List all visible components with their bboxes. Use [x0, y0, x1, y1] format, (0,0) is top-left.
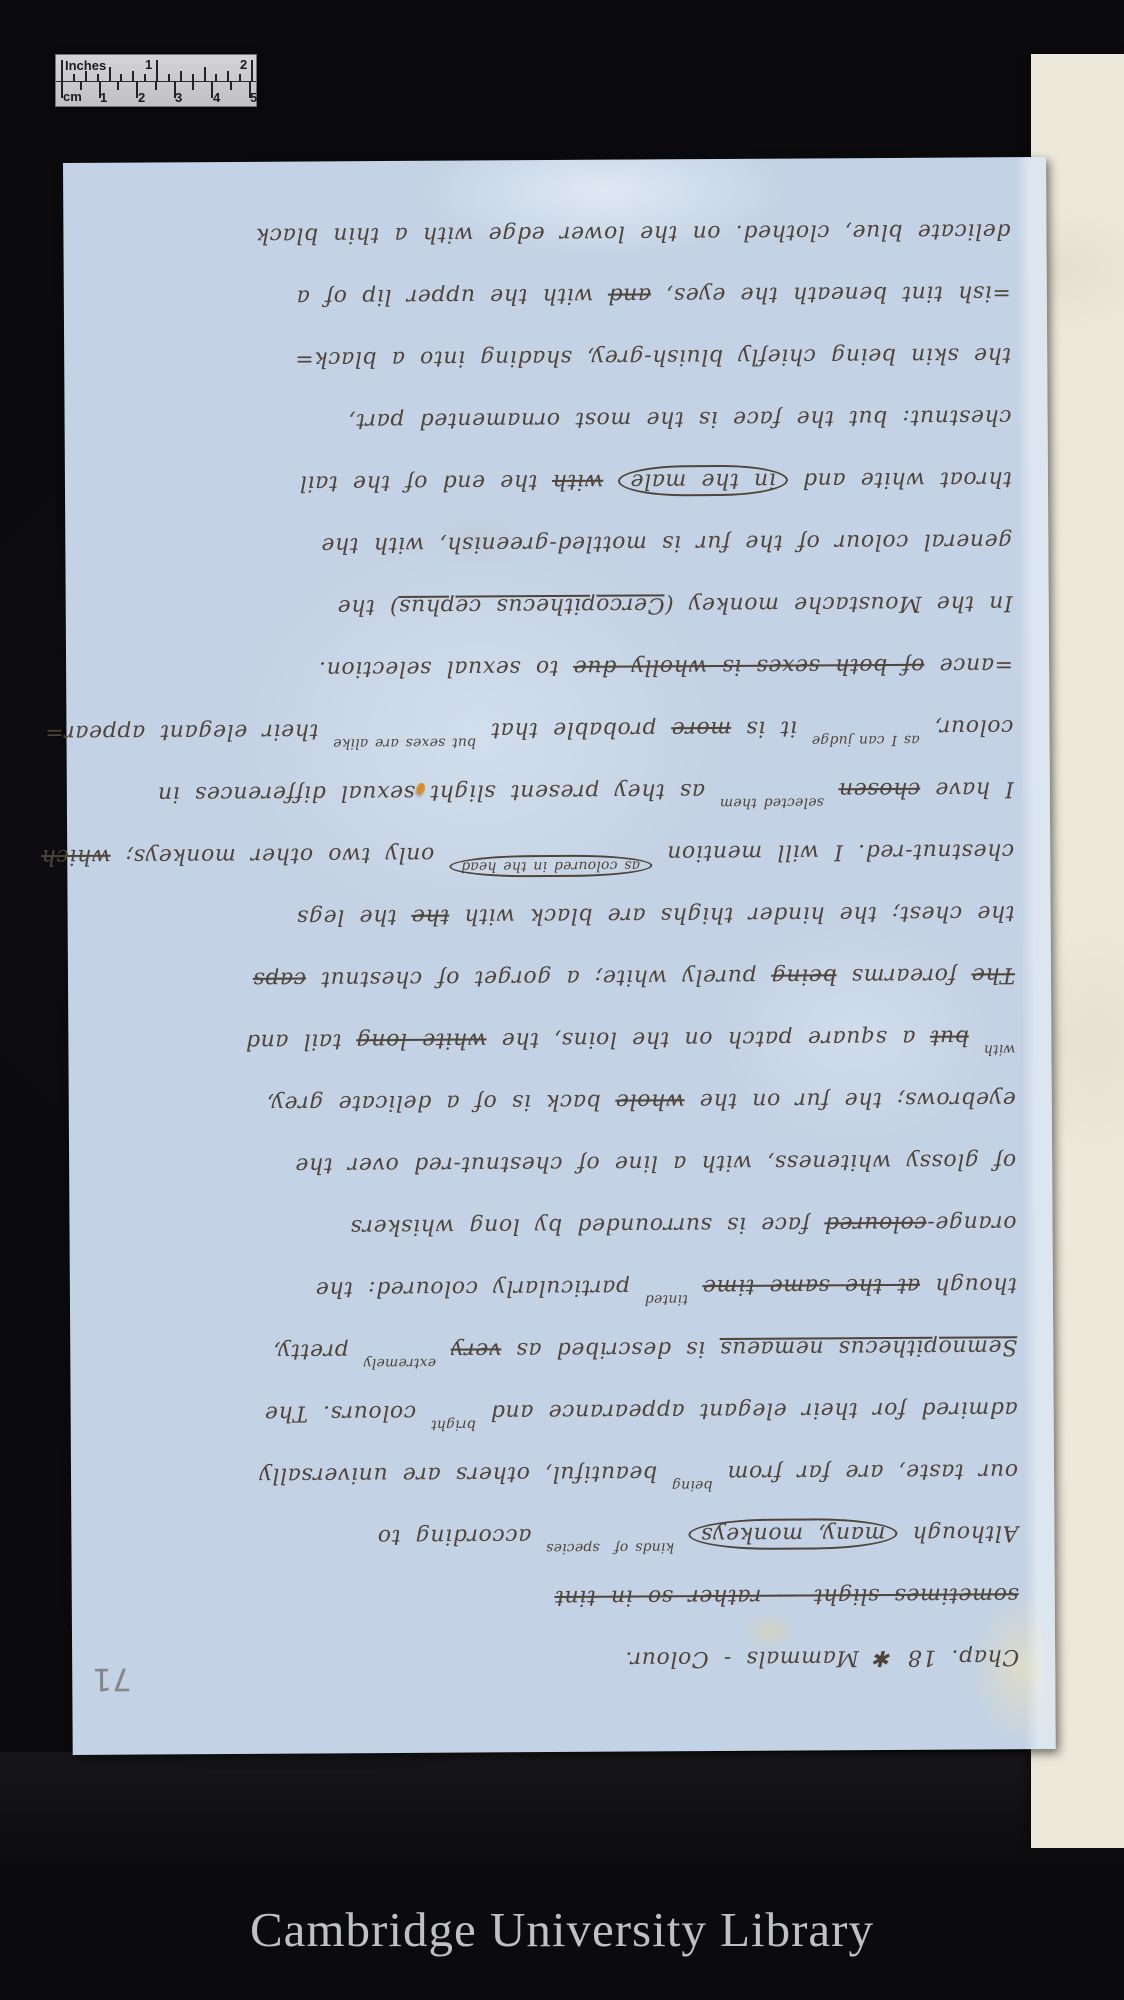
handwritten-text: =ish tint beneath the eyes, — [651, 280, 1011, 307]
handwritten-text: face is surrounded by long whiskers — [350, 1211, 824, 1239]
ruler-tick — [230, 81, 232, 90]
handwritten-text: with the upper lip of a — [296, 283, 608, 310]
deleted-text: but — [930, 1024, 969, 1049]
inserted-text: as coloured in the head — [449, 854, 652, 877]
inserted-text: kinds of — [614, 1539, 674, 1555]
deleted-text: of both sexes is wholly due — [573, 653, 924, 680]
inserted-text: but sexes are alike — [333, 734, 476, 751]
manuscript-line: =ance of both sexes is wholly due to sex… — [96, 633, 1013, 701]
handwritten-text: the end of the tail — [299, 469, 552, 496]
handwritten-text: according to — [377, 1523, 546, 1549]
manuscript-line: with but a square patch on the loins, th… — [98, 1005, 1015, 1073]
ruler-tick — [251, 60, 253, 81]
manuscript-page: Chap. 18 ✱ Mammals - Colour.sometimes sl… — [63, 157, 1056, 1755]
manuscript-line: eyebrows; the fur on the whole back is o… — [99, 1067, 1016, 1135]
handwritten-text: eyebrows; the fur on the — [685, 1086, 1016, 1113]
handwritten-text: their elegant appear= — [45, 718, 334, 745]
inserted-text: as I can judge — [812, 732, 920, 749]
manuscript-text-block: Chap. 18 ✱ Mammals - Colour.sometimes sl… — [63, 157, 1056, 1755]
handwritten-text: beautiful, others are universally — [259, 1460, 672, 1488]
handwritten-text — [436, 1338, 451, 1363]
ruler-cm-label: cm — [63, 90, 82, 103]
handwritten-text: ) the — [337, 594, 399, 619]
handwritten-text: =ance — [924, 652, 1013, 678]
ruler-inch-number: 1 — [145, 58, 152, 71]
ruler-tick — [97, 74, 99, 81]
handwritten-text: Mammals - Colour. — [625, 1645, 874, 1672]
ruler-inch-number: 2 — [240, 58, 247, 71]
handwritten-text: tail and — [245, 1028, 356, 1054]
manuscript-line: the chest; the hinder thighs are black w… — [97, 881, 1014, 949]
ruler-cm-number: 1 — [100, 91, 107, 104]
handwritten-text: forearms — [837, 962, 972, 988]
ruler-cm-number: 5 — [250, 91, 257, 104]
ruler-tick — [168, 74, 170, 81]
ruler-tick — [211, 81, 213, 98]
handwritten-text: in the male — [618, 465, 788, 497]
manuscript-line: of glossy whiteness, with a line of ches… — [99, 1129, 1016, 1197]
manuscript-line: throat white and in the male with the en… — [95, 447, 1012, 515]
manuscript-line: The forearms being purely white; a gorge… — [98, 943, 1015, 1011]
handwritten-text: Chap. 18 — [892, 1644, 1019, 1670]
ruler-tick — [120, 74, 122, 81]
handwritten-text: Semnopithecus nemaeus — [720, 1334, 1018, 1361]
deleted-text: more — [671, 716, 731, 741]
scale-ruler: Inches cm 1 2 1 2 3 4 5 — [55, 54, 257, 107]
handwritten-text: ✱ — [873, 1645, 892, 1670]
handwritten-text: In the Moustache monkey ( — [664, 590, 1012, 617]
handwritten-text: chestnut-red. I will mention — [652, 838, 1014, 865]
handwritten-text: Although — [897, 1520, 1018, 1546]
deleted-text: at the same time — [702, 1273, 920, 1299]
ruler-tick — [109, 67, 111, 81]
ruler-cm-number: 3 — [175, 91, 182, 104]
handwritten-text — [969, 1024, 984, 1049]
handwritten-text: colours. The — [264, 1400, 431, 1426]
handwritten-text — [674, 1522, 689, 1547]
album-mount-shade — [0, 1752, 1124, 1870]
manuscript-line: orange-coloured face is surrounded by lo… — [99, 1191, 1016, 1259]
manuscript-line: Semnopithecus nemaeus is described as ve… — [100, 1315, 1017, 1383]
handwritten-text: probable that — [476, 716, 671, 742]
handwritten-text — [688, 1274, 703, 1299]
handwritten-text — [824, 777, 839, 802]
ruler-tick — [85, 71, 87, 81]
library-watermark: Cambridge University Library — [0, 1901, 1124, 1958]
handwritten-text: many, monkeys — [688, 1518, 897, 1550]
manuscript-line: our taste, are far from being beautiful,… — [101, 1439, 1018, 1507]
handwritten-text: orange- — [927, 1210, 1017, 1236]
handwritten-text: of glossy whiteness, with a line of ches… — [295, 1148, 1016, 1177]
inserted-text: with — [983, 1041, 1015, 1057]
ruler-tick — [61, 60, 63, 81]
ruler-tick — [180, 71, 182, 81]
ruler-tick — [99, 81, 101, 98]
deleted-text: caps — [253, 967, 306, 992]
ruler-tick — [144, 74, 146, 81]
ruler-tick — [174, 81, 176, 98]
handwritten-text: chestnut: but the face is the most ornam… — [348, 404, 1012, 433]
handwritten-text: purely white; a gorget of chestnut — [306, 964, 771, 992]
handwritten-text: admired for their elegant appearance and — [476, 1396, 1018, 1424]
manuscript-line: I have chosen selected them as they pres… — [97, 757, 1014, 825]
pencil-page-number: 71 — [92, 1661, 132, 1697]
manuscript-line: In the Moustache monkey (Cercopithecus c… — [96, 571, 1013, 639]
handwritten-text: the chest; the hinder thighs are black w… — [449, 900, 1015, 928]
manuscript-line: the skin being chiefly bluish-grey, shad… — [94, 323, 1011, 391]
handwritten-text: particularly coloured: the — [315, 1274, 645, 1301]
ruler-tick — [192, 81, 194, 90]
inserted-text: species — [546, 1540, 600, 1556]
manuscript-line: =ish tint beneath the eyes, and with the… — [94, 261, 1011, 329]
handwritten-text: as they present slight sexual difference… — [157, 778, 719, 806]
handwritten-text: it is — [731, 715, 812, 740]
inserted-text: bright — [431, 1417, 476, 1433]
ruler-tick — [215, 74, 217, 81]
handwritten-text — [600, 1523, 615, 1548]
deleted-text: which — [41, 844, 111, 869]
handwritten-text: delicate blue, clothed. on the lower edg… — [255, 218, 1010, 248]
deleted-text: The — [971, 962, 1015, 987]
ruler-tick — [239, 74, 241, 81]
handwritten-text: colour, — [919, 714, 1013, 740]
handwritten-text: to sexual selection. — [318, 655, 573, 682]
deleted-text: chosen — [838, 777, 920, 802]
ruler-cm-number: 4 — [213, 91, 220, 104]
handwritten-text: though — [920, 1272, 1017, 1298]
handwritten-text: pretty, — [273, 1338, 364, 1364]
manuscript-line: though at the same time tinted particula… — [100, 1253, 1017, 1321]
ruler-tick — [227, 71, 229, 81]
library-scan-photo: { "footer": "Cambridge University Librar… — [0, 0, 1124, 2000]
manuscript-line: delicate blue, clothed. on the lower edg… — [93, 199, 1010, 267]
ruler-tick — [73, 74, 75, 81]
handwritten-text: only two other monkeys; — [111, 842, 449, 869]
handwritten-text: the legs — [296, 904, 411, 930]
handwritten-text: a square patch on the loins, the — [486, 1025, 930, 1053]
manuscript-line: sometimes slight — rather so in tint — [102, 1563, 1019, 1631]
ruler-tick — [249, 81, 251, 98]
handwritten-text: back is of a delicate grey, — [266, 1089, 615, 1116]
handwritten-text: is described as — [501, 1336, 720, 1362]
deleted-text: being — [771, 963, 837, 988]
deleted-text: with — [552, 469, 603, 494]
ruler-tick — [136, 81, 138, 98]
manuscript-line: chestnut-red. I will mention as coloured… — [97, 819, 1014, 887]
ruler-tick — [80, 81, 82, 90]
deleted-text: the — [411, 904, 449, 929]
manuscript-line: general colour of the fur is mottled-gre… — [95, 509, 1012, 577]
inserted-text: extremely — [363, 1355, 436, 1371]
ruler-cm-number: 2 — [138, 91, 145, 104]
ruler-tick — [117, 81, 119, 90]
manuscript-line: chestnut: but the face is the most ornam… — [94, 385, 1011, 453]
handwritten-text: throat white and — [788, 466, 1012, 492]
manuscript-line: Although many, monkeys kinds of species … — [101, 1501, 1018, 1569]
ruler-tick — [204, 67, 206, 81]
deleted-text: very — [450, 1337, 501, 1362]
deleted-text: coloured — [824, 1211, 927, 1237]
ruler-tick — [61, 81, 63, 98]
handwritten-text: general colour of the fur is mottled-gre… — [321, 528, 1013, 557]
ruler-tick — [192, 74, 194, 81]
ruler-tick — [132, 71, 134, 81]
deleted-text: white long — [356, 1027, 487, 1053]
inserted-text: tinted — [645, 1291, 688, 1307]
manuscript-line: colour, as I can judge it is more probab… — [96, 695, 1013, 763]
deleted-text: and — [608, 282, 651, 307]
handwritten-text: I have — [920, 776, 1014, 802]
handwritten-text: the skin being chiefly bluish-grey, shad… — [295, 342, 1012, 371]
manuscript-line: Chap. 18 ✱ Mammals - Colour. — [102, 1625, 1019, 1693]
ruler-tick — [156, 60, 158, 81]
handwritten-text: Cercopithecus cephus — [399, 592, 665, 619]
manuscript-line: admired for their elegant appearance and… — [100, 1377, 1017, 1445]
inserted-text: selected them — [720, 794, 824, 811]
ruler-tick — [155, 81, 157, 90]
inserted-text: being — [672, 1477, 713, 1493]
deleted-text: whole — [615, 1088, 684, 1113]
handwritten-text: our taste, are far from — [712, 1458, 1018, 1485]
deleted-text: sometimes slight — rather so in tint — [554, 1582, 1018, 1610]
handwritten-text — [603, 469, 618, 494]
